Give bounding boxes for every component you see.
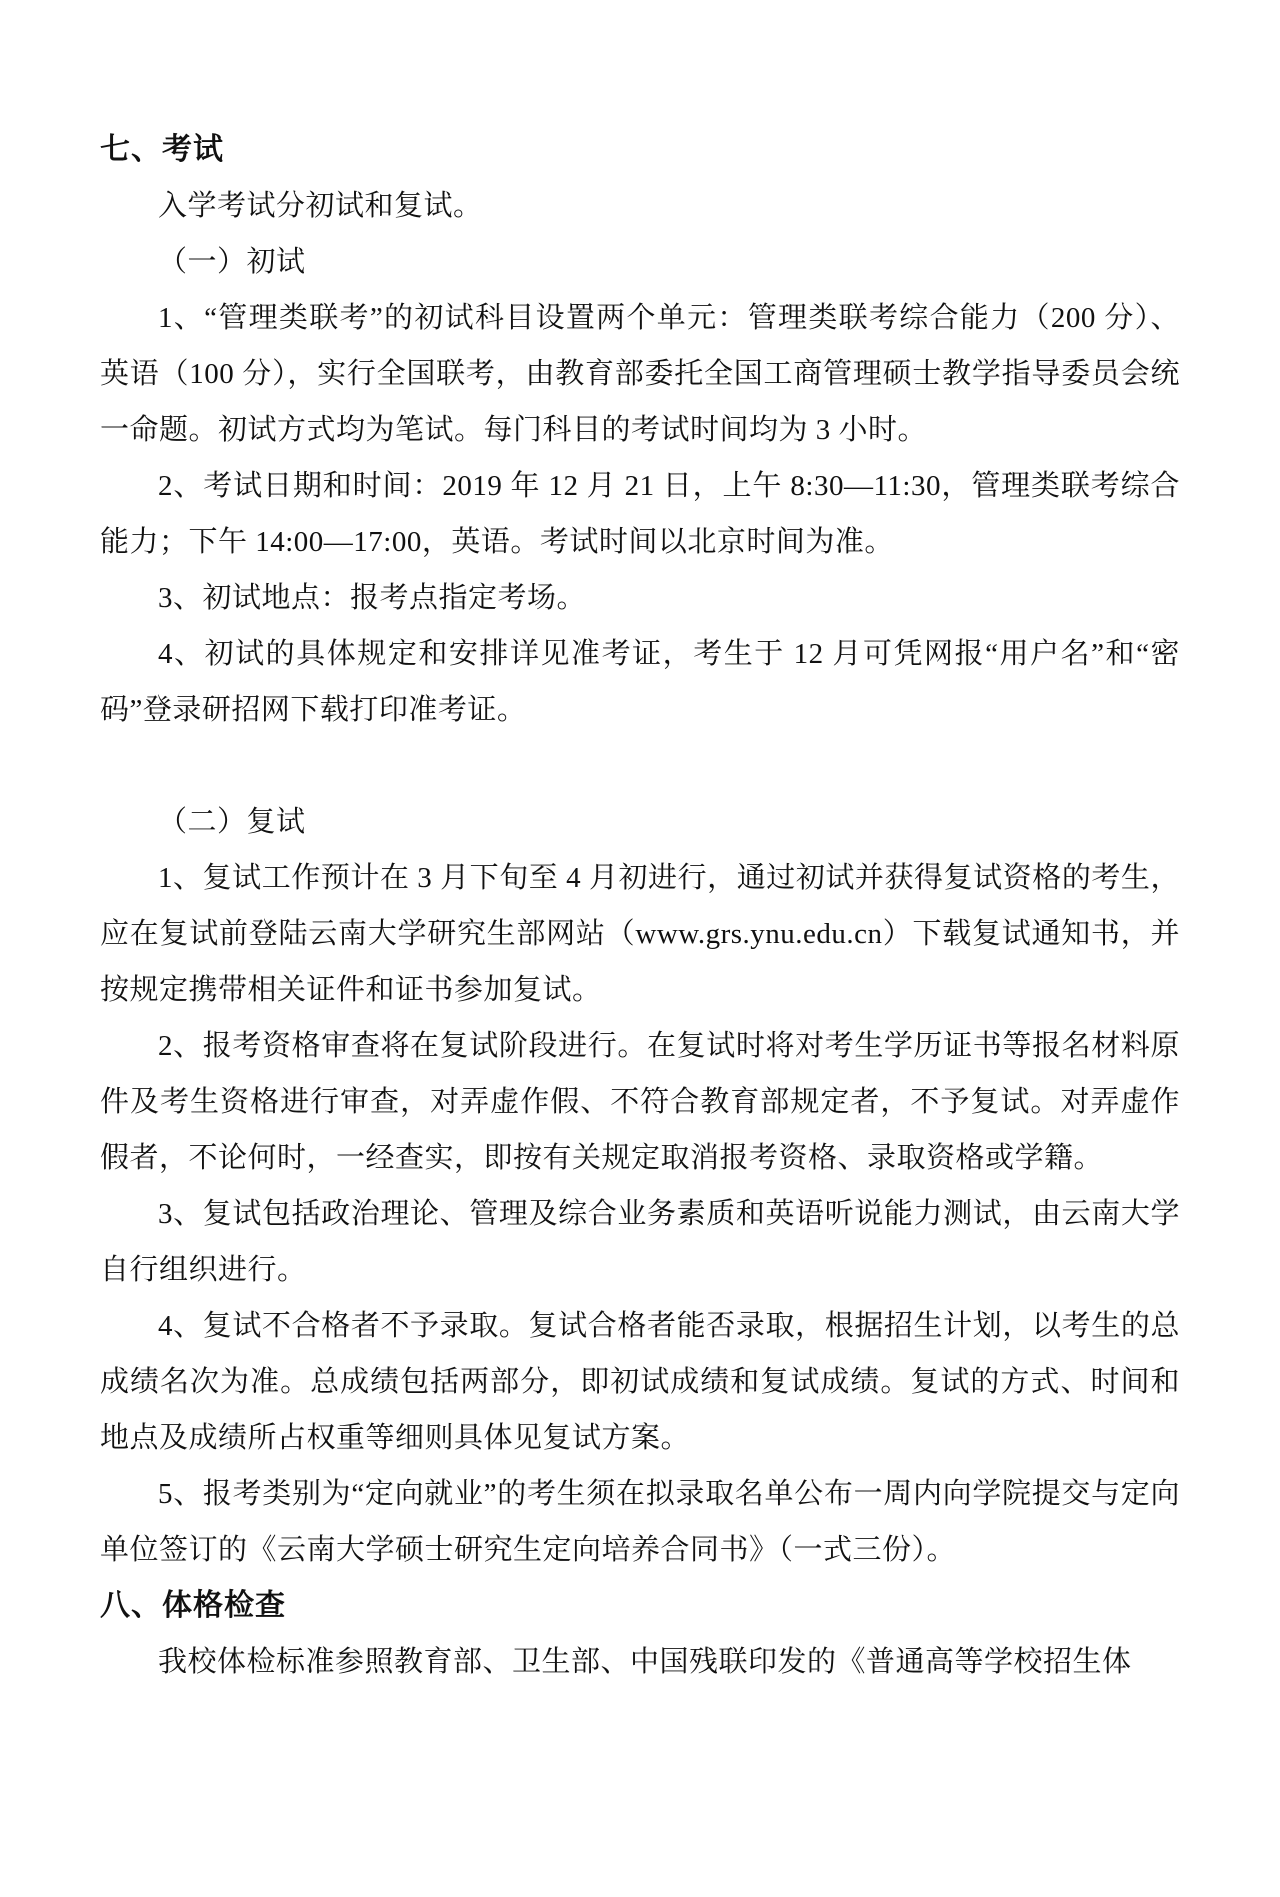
document-page: 七、考试 入学考试分初试和复试。 （一）初试 1、“管理类联考”的初试科目设置两… [0, 0, 1280, 1897]
reexamination-item-1: 1、复试工作预计在 3 月下旬至 4 月初进行，通过初试并获得复试资格的考生，应… [100, 850, 1180, 1018]
reexamination-item-2: 2、报考资格审查将在复试阶段进行。在复试时将对考生学历证书等报名材料原件及考生资… [100, 1018, 1180, 1186]
physical-exam-intro-paragraph: 我校体检标准参照教育部、卫生部、中国残联印发的《普通高等学校招生体 [100, 1634, 1180, 1690]
reexamination-subheading: （二）复试 [100, 794, 1180, 850]
exam-intro-paragraph: 入学考试分初试和复试。 [100, 178, 1180, 234]
blank-line-spacer [100, 738, 1180, 794]
preliminary-item-3: 3、初试地点：报考点指定考场。 [100, 570, 1180, 626]
reexamination-item-4: 4、复试不合格者不予录取。复试合格者能否录取，根据招生计划，以考生的总成绩名次为… [100, 1298, 1180, 1466]
preliminary-test-subheading: （一）初试 [100, 234, 1180, 290]
preliminary-item-2: 2、考试日期和时间：2019 年 12 月 21 日，上午 8:30—11:30… [100, 458, 1180, 570]
preliminary-item-1: 1、“管理类联考”的初试科目设置两个单元：管理类联考综合能力（200 分）、英语… [100, 290, 1180, 458]
reexamination-item-5: 5、报考类别为“定向就业”的考生须在拟录取名单公布一周内向学院提交与定向单位签订… [100, 1466, 1180, 1578]
preliminary-item-4: 4、初试的具体规定和安排详见准考证，考生于 12 月可凭网报“用户名”和“密码”… [100, 626, 1180, 738]
section-7-exam-heading: 七、考试 [100, 122, 1180, 178]
section-8-physical-exam-heading: 八、体格检查 [100, 1578, 1180, 1634]
reexamination-item-3: 3、复试包括政治理论、管理及综合业务素质和英语听说能力测试，由云南大学自行组织进… [100, 1186, 1180, 1298]
